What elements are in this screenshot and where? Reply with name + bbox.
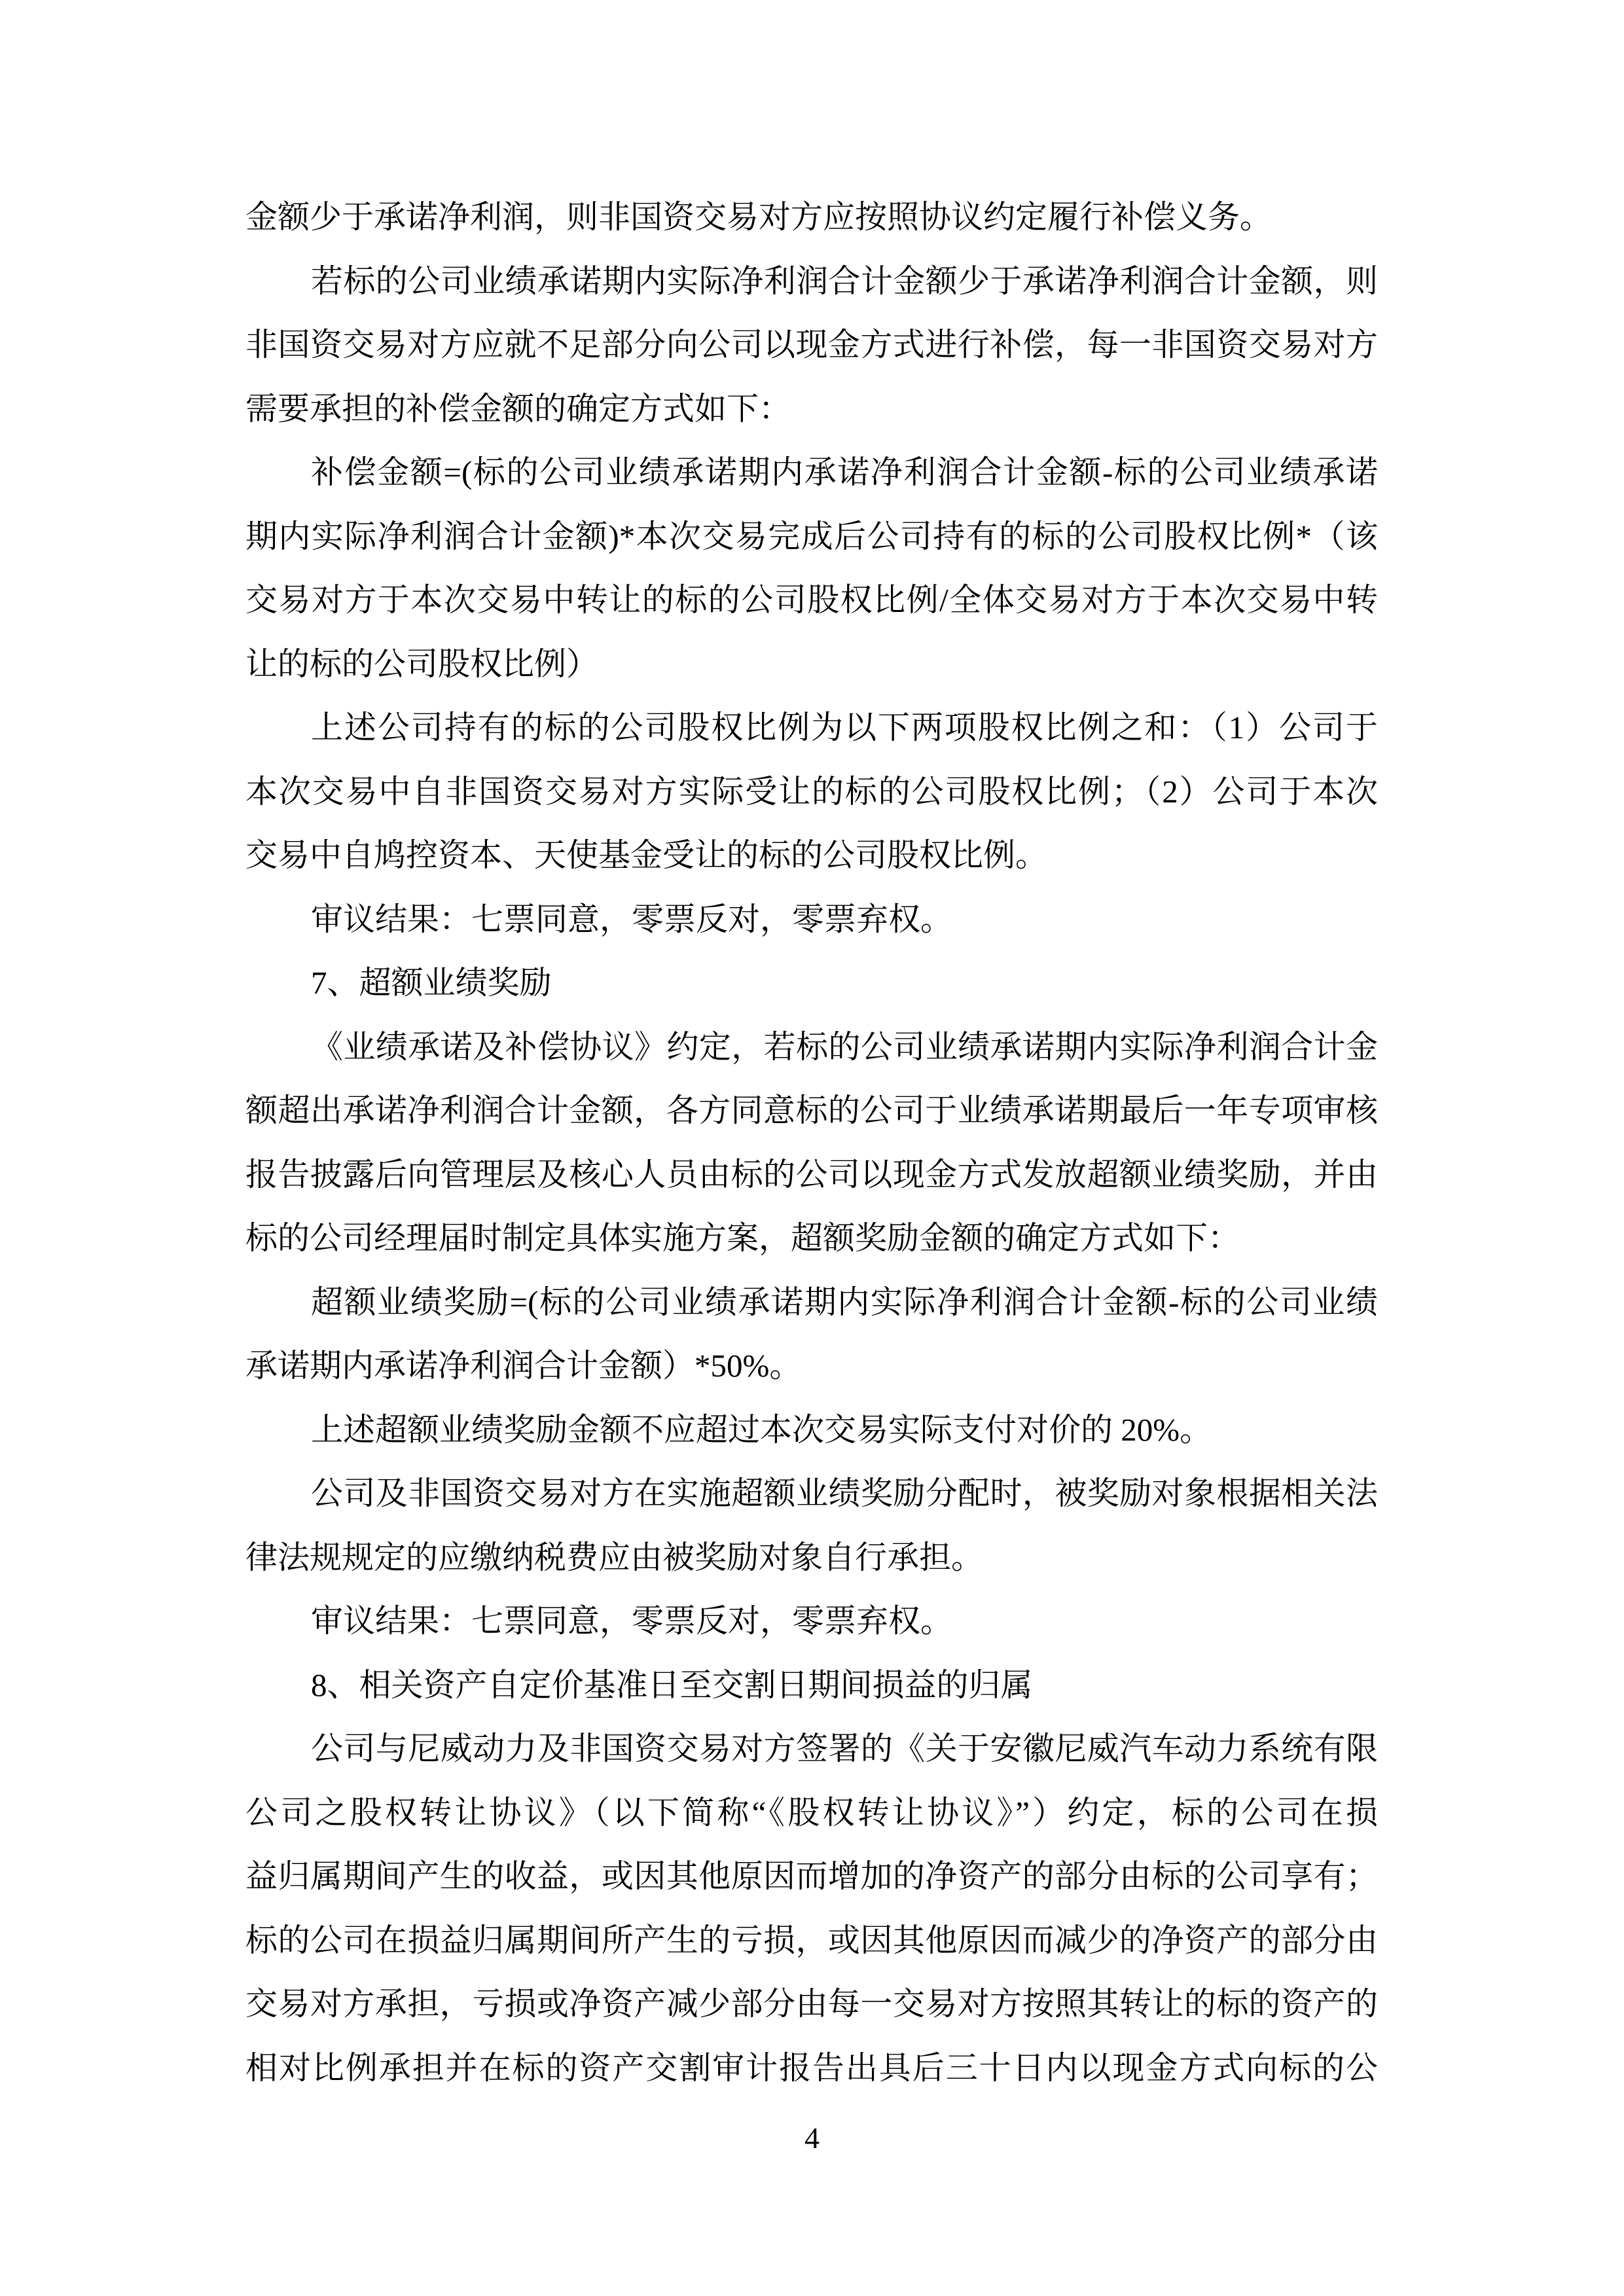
text-line: 补偿金额=(标的公司业绩承诺期内承诺净利润合计金额-标的公司业绩承诺 [245, 440, 1378, 505]
text-line: 若标的公司业绩承诺期内实际净利润合计金额少于承诺净利润合计金额，则 [245, 249, 1378, 314]
text-line: 益归属期间产生的收益，或因其他原因而增加的净资产的部分由标的公司享有； [245, 1844, 1378, 1909]
text-line: 承诺期内承诺净利润合计金额）*50%。 [245, 1334, 1378, 1398]
text-line: 金额少于承诺净利润，则非国资交易对方应按照协议约定履行补偿义务。 [245, 185, 1378, 249]
text-line: 报告披露后向管理层及核心人员由标的公司以现金方式发放超额业绩奖励，并由 [245, 1143, 1378, 1207]
text-line: 让的标的公司股权比例） [245, 632, 1378, 696]
text-line: 上述公司持有的标的公司股权比例为以下两项股权比例之和：（1）公司于 [245, 696, 1378, 760]
text-line: 额超出承诺净利润合计金额，各方同意标的公司于业绩承诺期最后一年专项审核 [245, 1079, 1378, 1143]
text-line: 需要承担的补偿金额的确定方式如下： [245, 377, 1378, 441]
text-line: 公司之股权转让协议》（以下简称“《股权转让协议》”）约定，标的公司在损 [245, 1781, 1378, 1845]
text-line: 律法规规定的应缴纳税费应由被奖励对象自行承担。 [245, 1526, 1378, 1590]
text-line: 7、超额业绩奖励 [245, 951, 1378, 1015]
text-line: 上述超额业绩奖励金额不应超过本次交易实际支付对价的 20%。 [245, 1398, 1378, 1462]
page-number: 4 [0, 2115, 1624, 2161]
text-line: 《业绩承诺及补偿协议》约定，若标的公司业绩承诺期内实际净利润合计金 [245, 1015, 1378, 1079]
text-line: 公司与尼威动力及非国资交易对方签署的《关于安徽尼威汽车动力系统有限 [245, 1717, 1378, 1781]
text-line: 审议结果：七票同意，零票反对，零票弃权。 [245, 888, 1378, 952]
text-line: 本次交易中自非国资交易对方实际受让的标的公司股权比例；（2）公司于本次 [245, 760, 1378, 824]
text-line: 交易中自鸠控资本、天使基金受让的标的公司股权比例。 [245, 823, 1378, 888]
text-line: 公司及非国资交易对方在实施超额业绩奖励分配时，被奖励对象根据相关法 [245, 1462, 1378, 1526]
text-body: 金额少于承诺净利润，则非国资交易对方应按照协议约定履行补偿义务。若标的公司业绩承… [245, 185, 1378, 2100]
document-page: 金额少于承诺净利润，则非国资交易对方应按照协议约定履行补偿义务。若标的公司业绩承… [0, 0, 1624, 2296]
text-line: 交易对方于本次交易中转让的标的公司股权比例/全体交易对方于本次交易中转 [245, 568, 1378, 632]
text-line: 交易对方承担，亏损或净资产减少部分由每一交易对方按照其转让的标的资产的 [245, 1972, 1378, 2036]
text-line: 审议结果：七票同意，零票反对，零票弃权。 [245, 1589, 1378, 1653]
text-line: 相对比例承担并在标的资产交割审计报告出具后三十日内以现金方式向标的公 [245, 2036, 1378, 2100]
text-line: 期内实际净利润合计金额)*本次交易完成后公司持有的标的公司股权比例*（该 [245, 505, 1378, 569]
text-line: 超额业绩奖励=(标的公司业绩承诺期内实际净利润合计金额-标的公司业绩 [245, 1270, 1378, 1335]
text-line: 8、相关资产自定价基准日至交割日期间损益的归属 [245, 1653, 1378, 1717]
text-line: 非国资交易对方应就不足部分向公司以现金方式进行补偿，每一非国资交易对方 [245, 313, 1378, 377]
text-line: 标的公司在损益归属期间所产生的亏损，或因其他原因而减少的净资产的部分由 [245, 1909, 1378, 1973]
text-line: 标的公司经理届时制定具体实施方案，超额奖励金额的确定方式如下： [245, 1206, 1378, 1270]
